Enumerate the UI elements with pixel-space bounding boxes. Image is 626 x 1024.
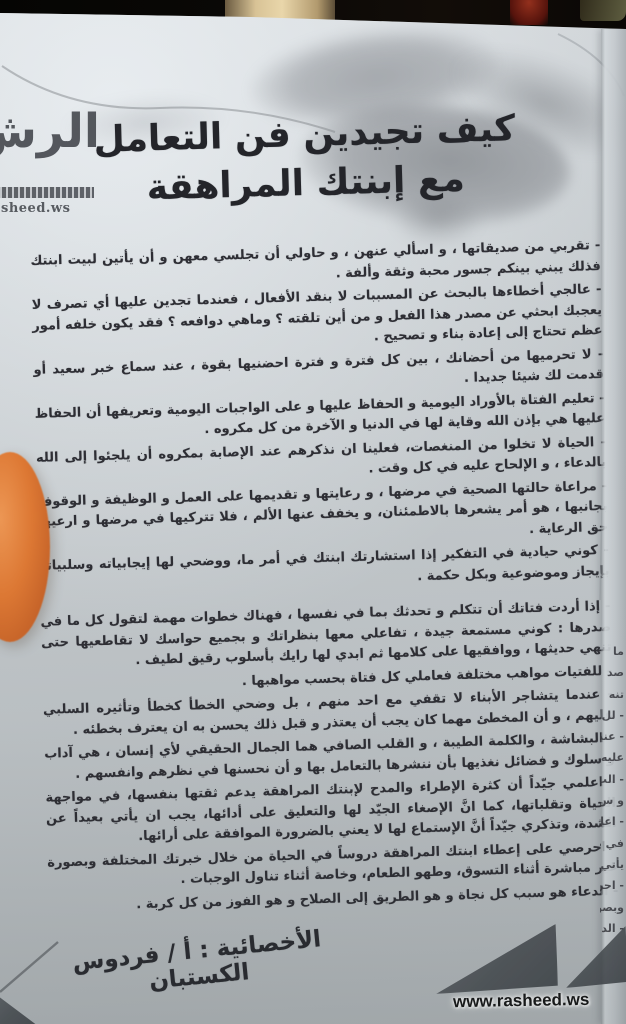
curl-fragment: يأتي	[600, 854, 624, 875]
logo-banner	[0, 187, 94, 198]
page-title: كيف تجيدين فن التعامل مع إبنتك المراهقة	[84, 104, 527, 214]
triangle-graphic	[436, 924, 558, 994]
curl-fragment: - لل	[600, 705, 624, 726]
article-body: - تقربي من صديقاتها ، و اسألي عنهن ، و ح…	[30, 236, 618, 921]
curl-fragment: وبصو	[600, 897, 624, 918]
logo-url-partial: sheed.ws	[1, 201, 70, 216]
curl-fragment: في م	[600, 833, 624, 854]
paper-sheet: الرش sheed.ws كيف تجيدين فن التعامل مع إ…	[0, 0, 626, 1024]
curl-fragment: عليه	[600, 747, 624, 768]
red-object	[510, 0, 548, 25]
photo-background: الرش sheed.ws كيف تجيدين فن التعامل مع إ…	[0, 0, 626, 1024]
curl-fragment: ما	[600, 641, 624, 662]
bullet-paragraph: - إذا أردت فتاتك أن تتكلم و تحدثك بما في…	[40, 597, 611, 674]
watermark-url: www.rasheed.ws	[453, 990, 590, 1012]
page-curl-strip: ما صد تنه - لل - عند عليه - الب و س - اع…	[601, 29, 626, 1024]
bullet-paragraph: - اعلمي جيّداً أن كثرة الإطراء والمدح لإ…	[45, 773, 616, 850]
curl-fragment: - اعل	[600, 811, 624, 832]
bullet-paragraph: - عالجي أخطاءها بالبحث عن المسببات لا بن…	[31, 280, 602, 357]
curl-fragment: تنه	[600, 684, 624, 705]
curl-fragment: - الب	[600, 769, 624, 790]
curl-fragments: ما صد تنه - لل - عند عليه - الب و س - اع…	[600, 641, 624, 939]
curl-fragment: - عند	[600, 726, 624, 747]
curl-fragment: و س	[600, 790, 624, 811]
signature-line: الأخصائية : أ / فردوس الكستبان	[26, 922, 369, 1006]
bullet-paragraph: - مراعاة حالتها الصحية في مرضها ، و رعاي…	[37, 476, 608, 553]
curl-fragment: صد	[600, 662, 624, 683]
triangle-graphic	[566, 926, 626, 988]
olive-object	[580, 0, 626, 21]
curl-fragment: - احر	[600, 875, 624, 896]
